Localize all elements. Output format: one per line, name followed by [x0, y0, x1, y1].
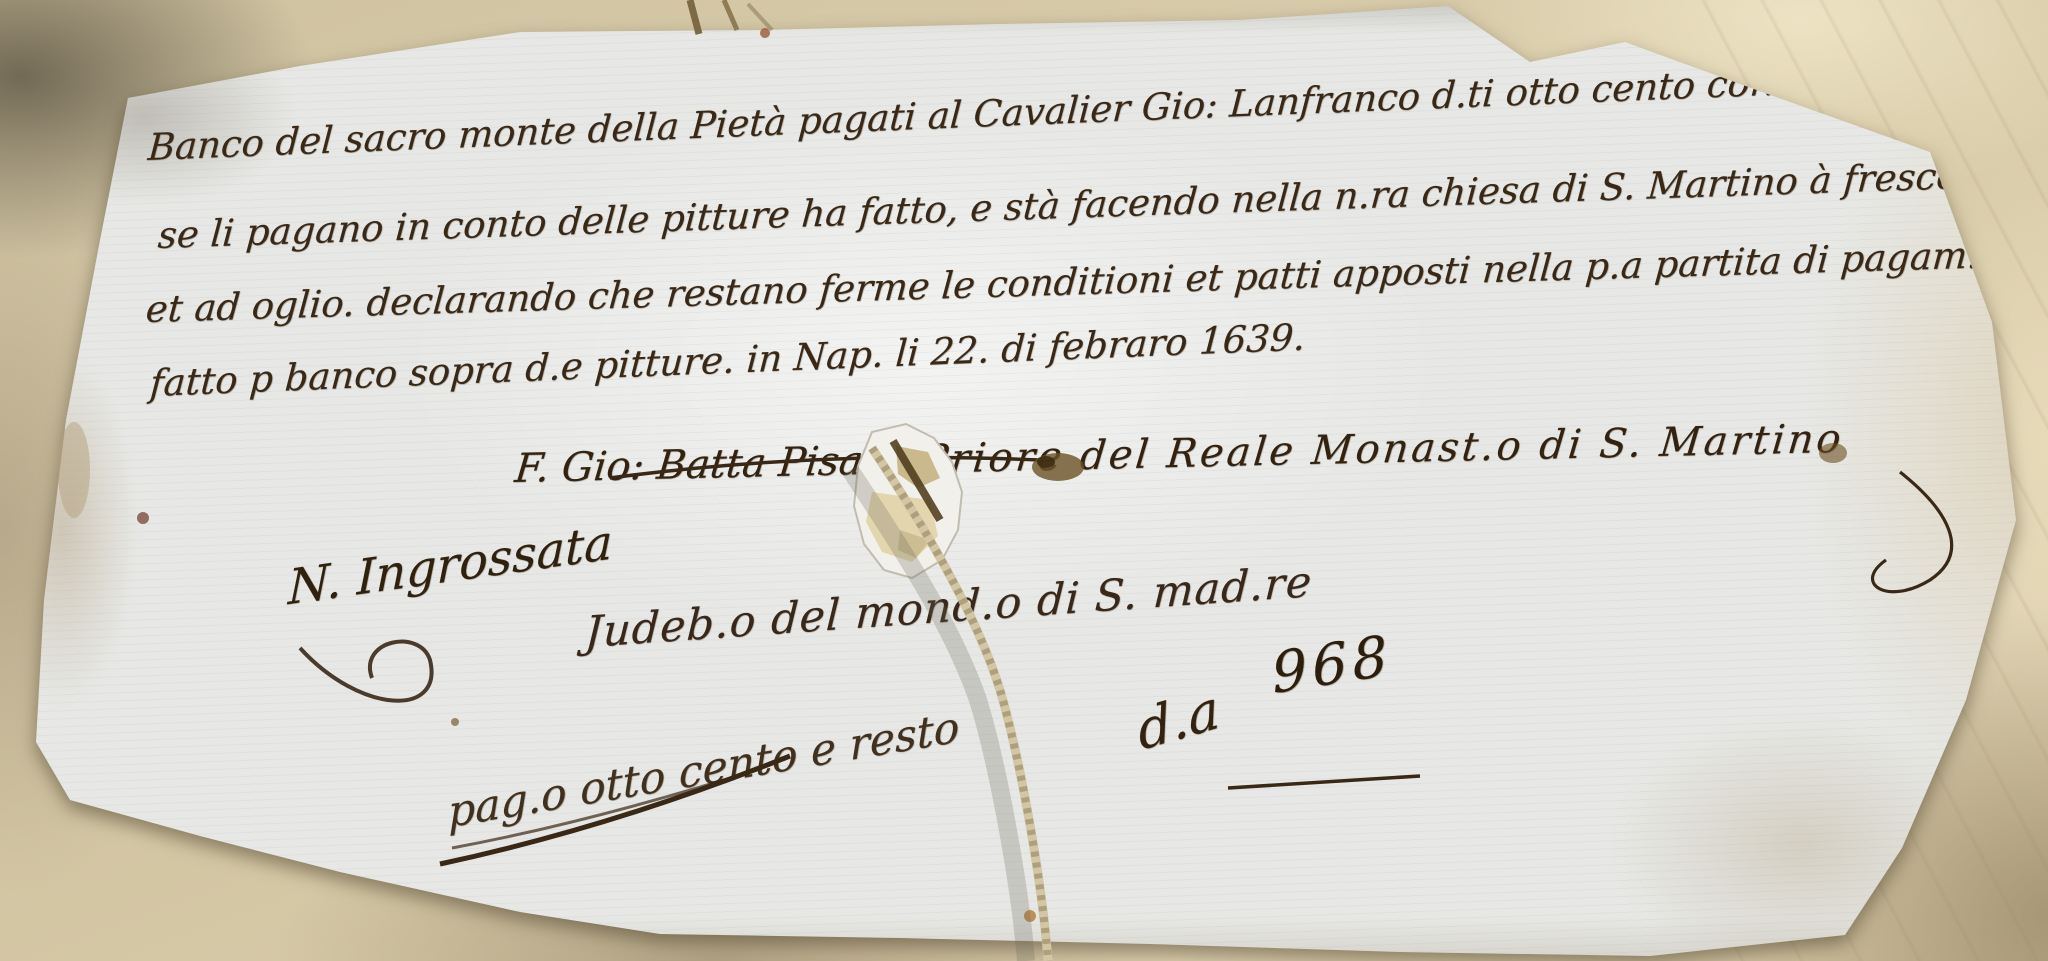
registration-note: N. Ingrossata	[288, 514, 613, 616]
receipt-line-4: fatto p banco sopra d.e pitture. in Nap.…	[149, 316, 1307, 406]
prior-title: Priore del Reale Monast.o di S. Martino	[919, 416, 1846, 483]
hole-gap	[862, 473, 920, 474]
amount-prefix: d.a	[1134, 677, 1224, 763]
receipt-paper-wrap: Banco del sacro monte della Pietà pagati…	[0, 0, 2048, 961]
receipt-line-1: Banco del sacro monte della Pietà pagati…	[147, 57, 1864, 169]
amount-value: 968	[1270, 623, 1395, 707]
photograph: Banco del sacro monte della Pietà pagati…	[0, 0, 2048, 961]
receipt-paper: Banco del sacro monte della Pietà pagati…	[0, 0, 2048, 961]
prior-name: F. Gio: Batta Pisa	[513, 438, 866, 492]
struck-out-note: pag.o otto cento e resto	[447, 702, 960, 838]
prior-signature-line: F. Gio: Batta PisaPriore del Reale Monas…	[513, 416, 1846, 492]
debit-note: Judeb.o del mond.o di S. mad.re	[584, 557, 1314, 658]
